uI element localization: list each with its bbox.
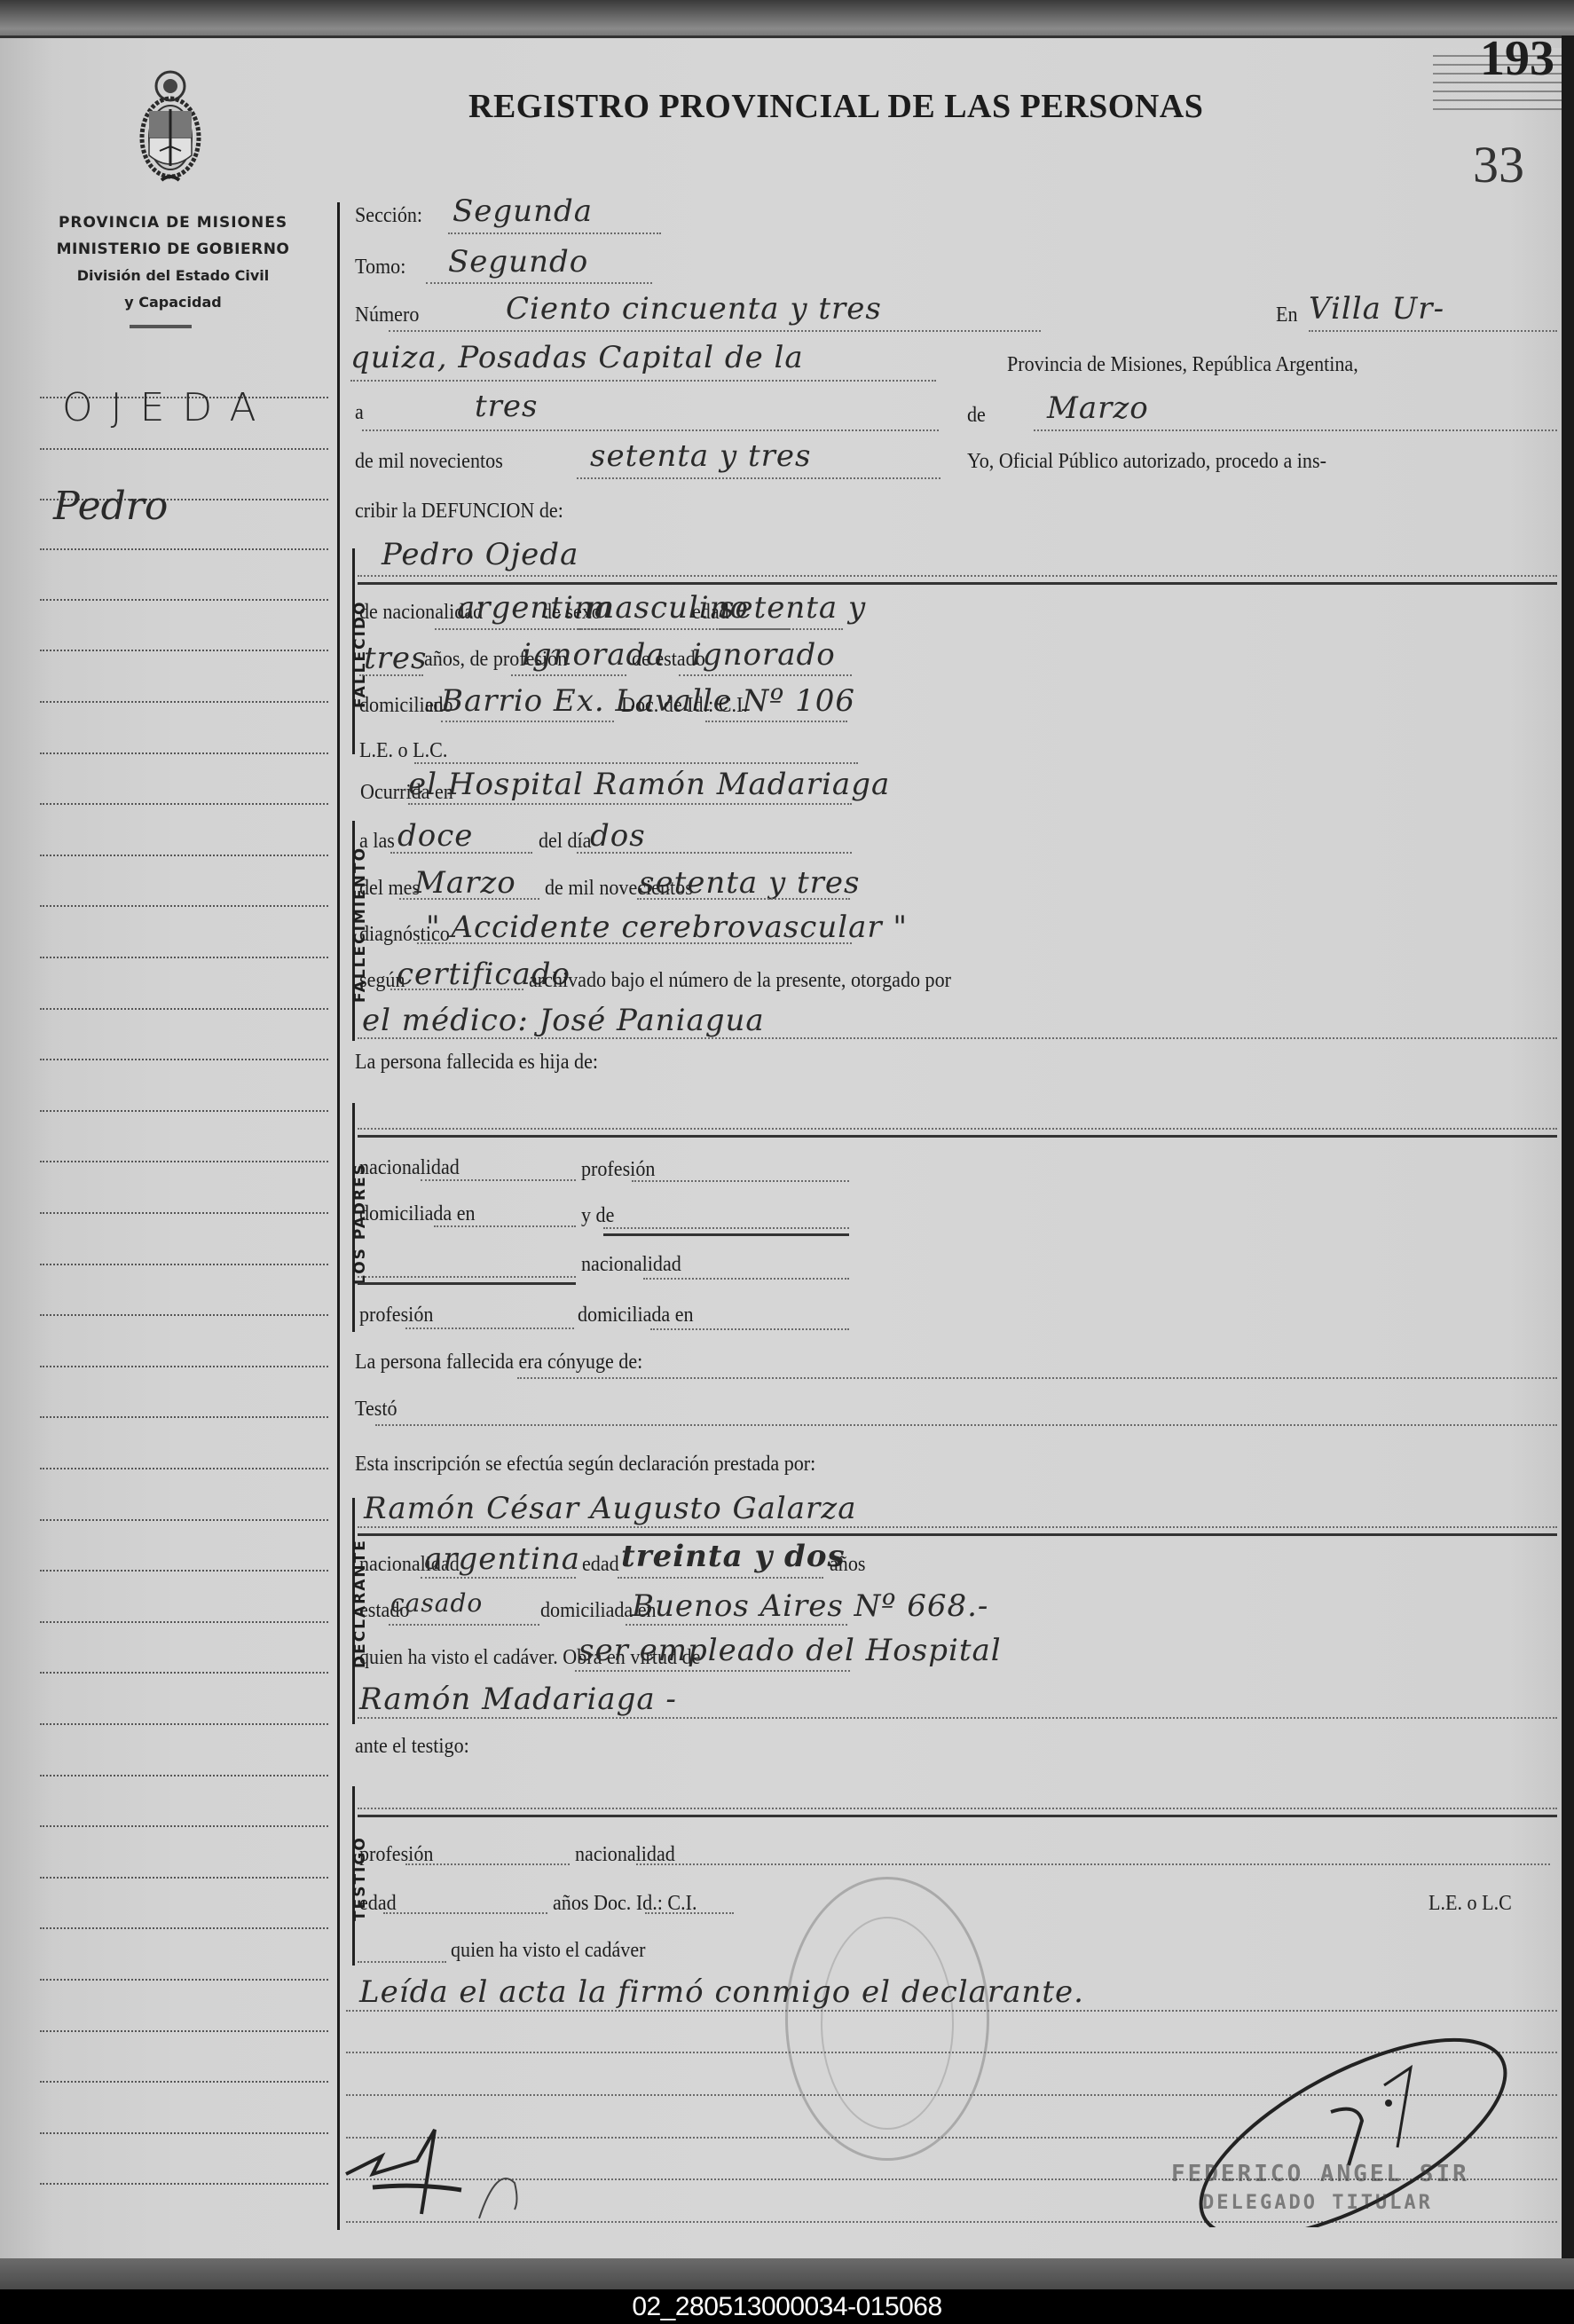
oficial-text: Yo, Oficial Público autorizado, procedo … bbox=[967, 450, 1326, 474]
dotted-line bbox=[408, 803, 852, 805]
dotted-line bbox=[650, 1328, 849, 1330]
dotted-line bbox=[636, 1863, 1550, 1865]
deceased-name: Pedro Ojeda bbox=[382, 537, 578, 572]
margin-given-name: Pedro bbox=[53, 484, 168, 529]
dotted-line bbox=[389, 330, 1041, 332]
solid-line bbox=[358, 1533, 1557, 1536]
issuer-division-cont: y Capacidad bbox=[35, 289, 311, 316]
de-label: de bbox=[967, 404, 986, 428]
tomo-label: Tomo: bbox=[355, 256, 405, 280]
dotted-line bbox=[389, 1624, 539, 1626]
dotted-line bbox=[405, 1863, 570, 1865]
ocurrida-value: el Hospital Ramón Madariaga bbox=[408, 767, 890, 802]
dotted-line bbox=[645, 1912, 734, 1914]
dotted-line bbox=[643, 1278, 849, 1280]
edad-value: setenta y bbox=[719, 590, 866, 626]
dotted-line bbox=[390, 989, 523, 990]
padres-nacionalidad2-label: nacionalidad bbox=[581, 1253, 681, 1277]
dotted-line bbox=[414, 762, 858, 764]
del-dia-label: del día bbox=[539, 830, 591, 854]
official-stamp-name: FEDERICO ANGEL SIR bbox=[1171, 2161, 1469, 2187]
official-stamp-title: DELEGADO TITULAR bbox=[1202, 2192, 1433, 2214]
declarante-nacionalidad-value: argentina bbox=[424, 1541, 580, 1577]
solid-line bbox=[358, 1135, 1557, 1138]
declarant-signature bbox=[337, 2112, 568, 2227]
dia-value: dos bbox=[590, 818, 646, 854]
official-seal-inner bbox=[821, 1917, 954, 2130]
place-continued: quiza, Posadas Capital de la bbox=[350, 340, 804, 375]
seccion-value: Segunda bbox=[453, 193, 593, 229]
dotted-line bbox=[577, 477, 940, 479]
archivado-text: archivado bajo el número de la presente,… bbox=[529, 969, 951, 993]
numero-label: Número bbox=[355, 303, 419, 327]
argentine-coat-of-arms-icon bbox=[135, 67, 206, 191]
dotted-line bbox=[358, 1961, 446, 1963]
a-las-label: a las bbox=[359, 830, 395, 854]
numero-value: Ciento cincuenta y tres bbox=[506, 291, 882, 327]
dotted-line bbox=[362, 429, 939, 431]
dotted-line bbox=[405, 1327, 574, 1329]
medico-value: el médico: José Paniagua bbox=[362, 1003, 765, 1038]
provincia-text: Provincia de Misiones, República Argenti… bbox=[1007, 353, 1358, 377]
dotted-line bbox=[346, 2010, 1557, 2012]
declarante-virtud-value: ser empleado del Hospital bbox=[578, 1633, 1002, 1668]
year-value: setenta y tres bbox=[590, 438, 812, 474]
dotted-line bbox=[1309, 330, 1557, 332]
padres-intro: La persona fallecida es hija de: bbox=[355, 1051, 598, 1075]
testo-label: Testó bbox=[355, 1398, 397, 1422]
month-value: Marzo bbox=[1047, 390, 1149, 426]
anio-value: setenta y tres bbox=[639, 865, 861, 901]
dotted-line bbox=[426, 282, 652, 284]
le-lc-label: L.E. o L.C. bbox=[359, 739, 447, 763]
padres-profesion2-label: profesión bbox=[359, 1304, 433, 1327]
dotted-line bbox=[434, 1225, 576, 1227]
declarante-anos-label: años bbox=[830, 1553, 865, 1577]
solid-line bbox=[358, 582, 1557, 585]
dotted-line bbox=[358, 1037, 1557, 1039]
estado-value: ignorado bbox=[692, 637, 836, 673]
dotted-line bbox=[375, 1424, 1557, 1426]
dotted-line bbox=[517, 1377, 1557, 1379]
solid-line bbox=[358, 1815, 1557, 1817]
padres-profesion-label: profesión bbox=[581, 1158, 655, 1182]
solid-line bbox=[603, 1233, 849, 1236]
dotted-line bbox=[448, 232, 661, 234]
page-edge-shadow bbox=[1562, 35, 1574, 2258]
dotted-line bbox=[511, 674, 626, 676]
dotted-line bbox=[390, 852, 532, 854]
folio-number: 193 bbox=[1480, 30, 1554, 87]
dotted-line bbox=[441, 721, 614, 722]
testigo-intro: ante el testigo: bbox=[355, 1735, 469, 1759]
declarante-estado-value: casado bbox=[390, 1588, 483, 1618]
dotted-line bbox=[575, 1670, 850, 1672]
dotted-line bbox=[719, 628, 843, 630]
diagnostico-value: " Accidente cerebrovascular " bbox=[426, 910, 908, 945]
padres-domiciliada-label: domiciliada en bbox=[359, 1202, 476, 1226]
doc-id-label: Doc. de Id.: C.I. bbox=[621, 694, 748, 718]
dotted-line bbox=[632, 1180, 849, 1182]
declarante-edad-label: edad bbox=[582, 1553, 619, 1577]
dotted-line bbox=[1034, 429, 1557, 431]
dotted-line bbox=[577, 852, 852, 854]
column-divider bbox=[337, 202, 340, 2230]
en-label: En bbox=[1276, 303, 1298, 327]
dotted-line bbox=[705, 721, 847, 722]
dotted-line bbox=[417, 942, 852, 944]
dotted-line bbox=[421, 1179, 576, 1181]
dotted-line bbox=[399, 898, 539, 900]
page-number: 33 bbox=[1473, 135, 1524, 194]
declarante-edad-value: treinta y dos bbox=[621, 1539, 846, 1574]
dotted-line bbox=[421, 1577, 576, 1579]
dotted-line bbox=[359, 674, 423, 676]
declarante-name: Ramón César Augusto Galarza bbox=[364, 1491, 857, 1526]
dotted-line bbox=[350, 380, 936, 382]
dotted-line bbox=[358, 575, 1557, 577]
padres-nacionalidad-label: nacionalidad bbox=[359, 1156, 460, 1180]
mes-value: Marzo bbox=[414, 865, 516, 901]
dotted-line bbox=[626, 1624, 847, 1626]
dotted-line bbox=[679, 674, 852, 676]
tomo-value: Segundo bbox=[448, 244, 588, 280]
closing-text: Leída el acta la firmó conmigo el declar… bbox=[359, 1974, 1084, 2010]
inscribir-text: cribir la DEFUNCION de: bbox=[355, 500, 563, 524]
year-prefix-label: de mil novecientos bbox=[355, 450, 503, 474]
dotted-line bbox=[637, 898, 850, 900]
testigo-quien-label: quien ha visto el cadáver bbox=[451, 1939, 645, 1963]
solid-line bbox=[358, 1282, 576, 1285]
declarante-intro: Esta inscripción se efectúa según declar… bbox=[355, 1453, 815, 1477]
hora-value: doce bbox=[397, 818, 473, 854]
padres-domiciliada2-label: domiciliada en bbox=[578, 1304, 694, 1327]
del-mes-label: del mes bbox=[359, 877, 420, 901]
dotted-line bbox=[358, 1128, 1557, 1130]
dotted-line bbox=[383, 1912, 547, 1914]
dotted-line bbox=[358, 1276, 576, 1278]
dotted-line bbox=[358, 1808, 1557, 1809]
seccion-label: Sección: bbox=[355, 204, 422, 228]
dotted-line bbox=[358, 1717, 1557, 1719]
dotted-line bbox=[358, 1526, 1557, 1528]
dotted-line bbox=[603, 1227, 849, 1229]
day-value: tres bbox=[475, 389, 539, 424]
divider bbox=[130, 325, 192, 328]
issuer-ministry: MINISTERIO DE GOBIERNO bbox=[35, 236, 311, 263]
a-label: a bbox=[355, 401, 364, 425]
edad-continued: tres bbox=[364, 641, 428, 676]
conyuge-label: La persona fallecida era cónyuge de: bbox=[355, 1351, 642, 1375]
declarante-domicilio-value: Buenos Aires Nº 668.- bbox=[632, 1588, 988, 1624]
y-de-label: y de bbox=[581, 1204, 614, 1228]
declarante-virtud-continued: Ramón Madariaga - bbox=[359, 1682, 677, 1717]
dotted-line bbox=[618, 1577, 823, 1579]
scan-id-caption: 02_280513000034-015068 bbox=[0, 2292, 1574, 2322]
margin-surname: OJEDA bbox=[62, 385, 274, 430]
testigo-le-lc-label: L.E. o L.C bbox=[1428, 1892, 1512, 1916]
issuer-division: División del Estado Civil bbox=[35, 263, 311, 289]
issuer-block: PROVINCIA DE MISIONES MINISTERIO DE GOBI… bbox=[35, 209, 311, 316]
scan-background-bottom bbox=[0, 2258, 1574, 2289]
issuer-province: PROVINCIA DE MISIONES bbox=[35, 209, 311, 236]
en-value: Villa Ur- bbox=[1309, 291, 1444, 327]
document-title: REGISTRO PROVINCIAL DE LAS PERSONAS bbox=[468, 87, 1203, 126]
